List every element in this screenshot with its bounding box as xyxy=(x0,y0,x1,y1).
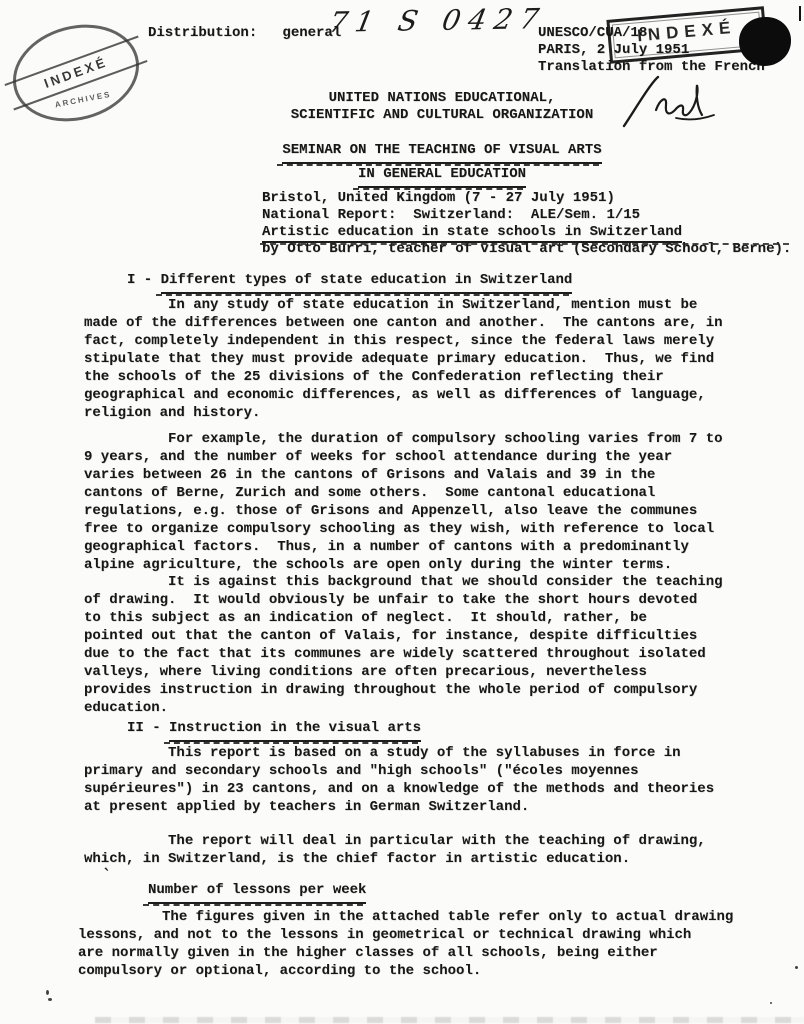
scan-speck xyxy=(193,33,195,36)
org-title-line2: SCIENTIFIC AND CULTURAL ORGANIZATION xyxy=(262,106,622,124)
archive-oval-stamp: INDEXÉ ARCHIVES xyxy=(2,11,150,135)
seminar-title-line2-text: IN GENERAL EDUCATION xyxy=(358,162,526,188)
scan-edge-mark xyxy=(799,6,801,21)
org-title-line1: UNITED NATIONS EDUCATIONAL, xyxy=(262,89,622,107)
paragraph: In any study of state education in Switz… xyxy=(84,296,784,422)
section-2-number: II - xyxy=(127,720,169,736)
paragraph: For example, the duration of compulsory … xyxy=(84,430,784,574)
seminar-title-line2: IN GENERAL EDUCATION xyxy=(262,162,622,188)
report-meta-line2: National Report: Switzerland: ALE/Sem. 1… xyxy=(262,206,640,224)
handwritten-reference-code: 71 S 0427 xyxy=(326,2,549,39)
distribution-line: Distribution: general xyxy=(148,24,341,42)
report-meta-line1: Bristol, United Kingdom (7 - 27 July 195… xyxy=(262,189,615,207)
subsection-heading-text: Number of lessons per week xyxy=(148,878,366,904)
ink-blot xyxy=(739,17,791,66)
scan-speck xyxy=(770,1002,772,1004)
section-1-number: I - xyxy=(127,272,161,288)
paragraph: This report is based on a study of the s… xyxy=(84,744,784,816)
scan-speck xyxy=(46,990,49,995)
paragraph: The report will deal in particular with … xyxy=(84,832,784,868)
subsection-heading: Number of lessons per week xyxy=(148,878,366,904)
scan-bottom-smudge xyxy=(95,1017,804,1023)
section-2-heading: II - Instruction in the visual arts xyxy=(127,716,421,742)
section-1-heading: I - Different types of state education i… xyxy=(127,268,572,294)
section-2-title: Instruction in the visual arts xyxy=(169,716,421,742)
section-1-title: Different types of state education in Sw… xyxy=(161,268,573,294)
seminar-title-line1-text: SEMINAR ON THE TEACHING OF VISUAL ARTS xyxy=(282,138,601,164)
scan-speck xyxy=(795,966,798,969)
report-meta-line4: by Otto Burri, teacher of visual art (Se… xyxy=(262,240,791,258)
scan-speck xyxy=(48,998,52,1001)
handwritten-signature xyxy=(616,74,746,137)
report-meta-line4-text: by Otto Burri, teacher of visual art (Se… xyxy=(262,240,791,258)
scanned-document-page: INDEXÉ ARCHIVES Distribution: general 71… xyxy=(0,0,804,1024)
paragraph: It is against this background that we sh… xyxy=(84,573,784,717)
paragraph: The figures given in the attached table … xyxy=(78,908,788,980)
seminar-title-line1: SEMINAR ON THE TEACHING OF VISUAL ARTS xyxy=(262,138,622,164)
